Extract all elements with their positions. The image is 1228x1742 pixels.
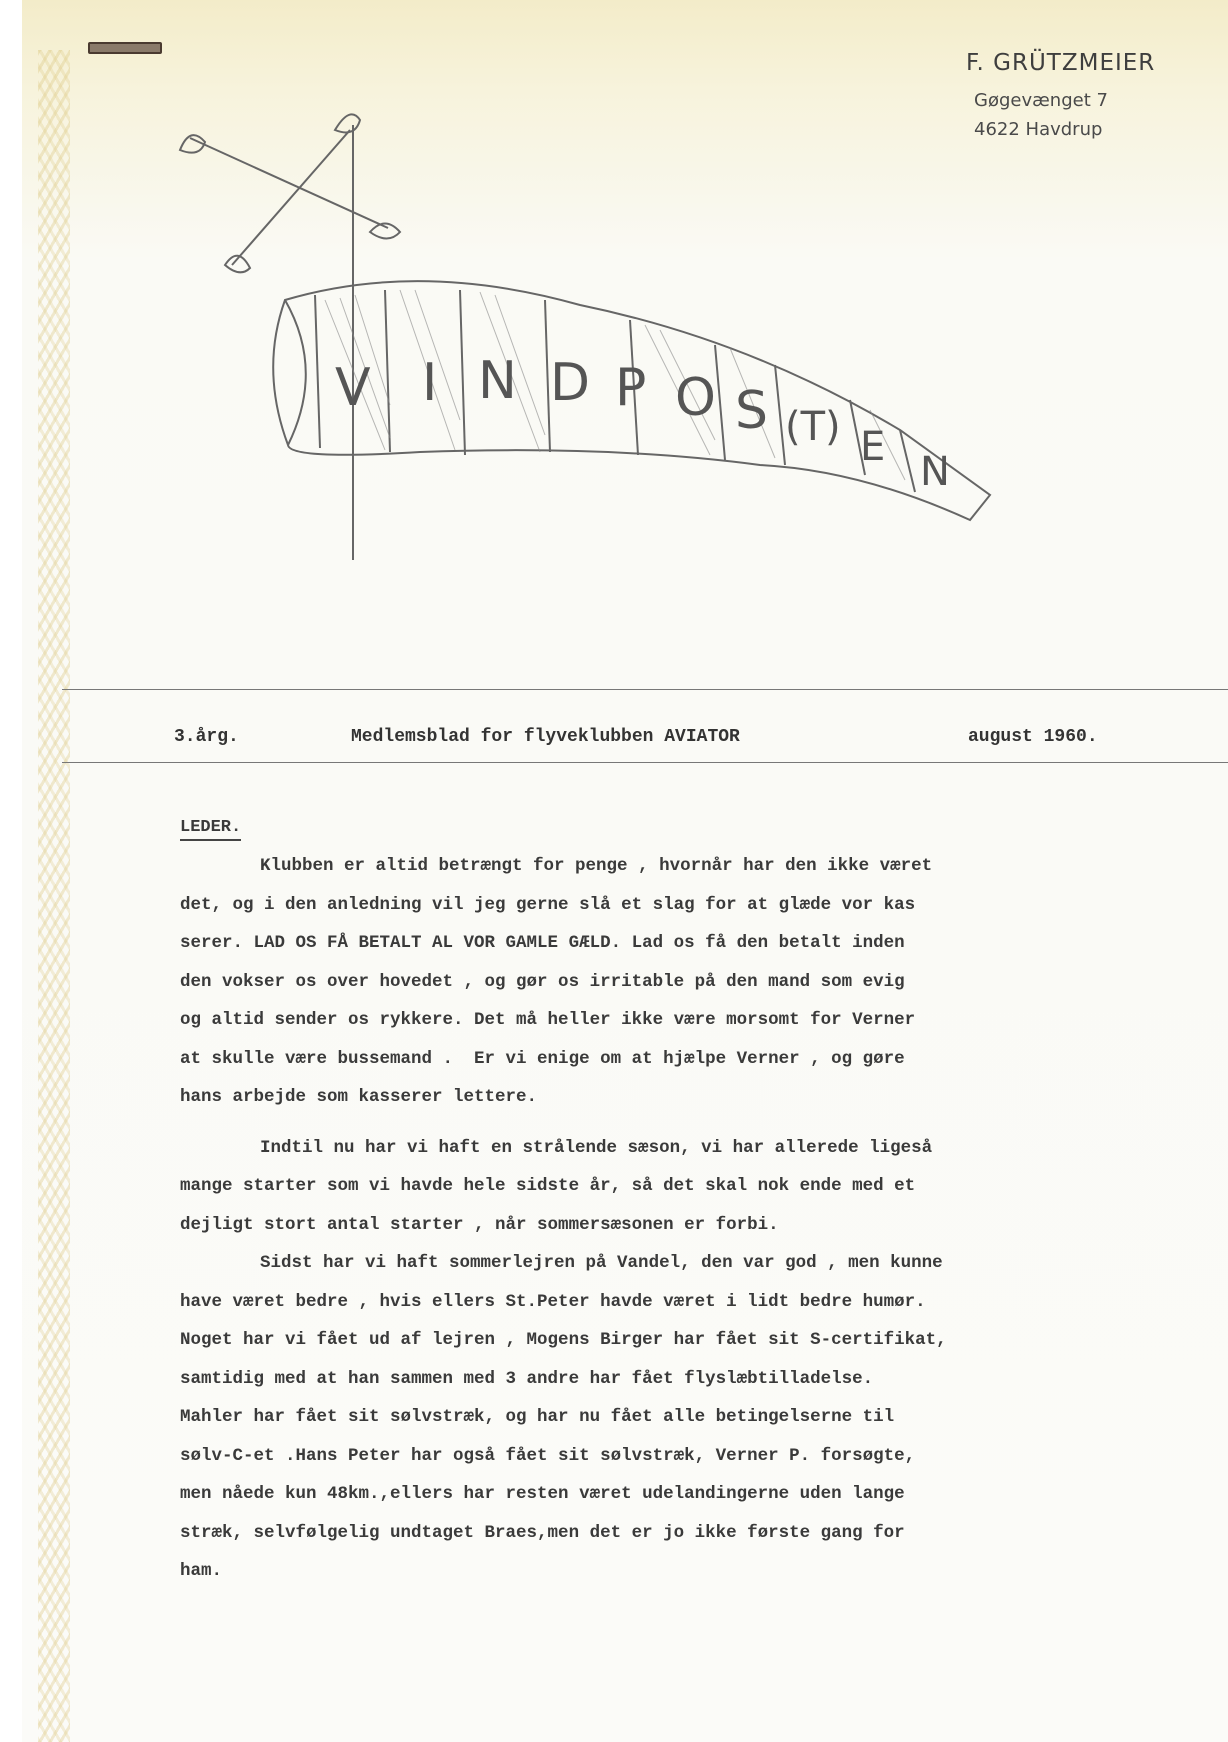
article-heading: LEDER. [180,817,241,841]
text-line: Mahler har fået sit sølvstræk, og har nu… [180,1398,1120,1437]
text-line: Sidst har vi haft sommerlejren på Vandel… [180,1244,1120,1283]
staple-icon [88,42,162,54]
svg-text:O: O [675,368,716,428]
svg-text:S: S [735,381,768,441]
masthead-bottom-rule [62,762,1228,763]
masthead-top-rule [62,689,1228,690]
svg-text:N: N [920,449,950,495]
text-line: Indtil nu har vi haft en strålende sæson… [180,1129,1120,1168]
svg-text:E: E [860,424,885,470]
masthead-date: august 1960. [968,727,1098,747]
text-line: Noget har vi fået ud af lejren , Mogens … [180,1321,1120,1360]
text-line: hans arbejde som kasserer lettere. [180,1078,1120,1117]
perforation-strip [38,50,70,1742]
paragraph-2: Indtil nu har vi haft en strålende sæson… [180,1129,1120,1245]
paragraph-3: Sidst har vi haft sommerlejren på Vandel… [180,1244,1120,1591]
text-line: den vokser os over hovedet , og gør os i… [180,963,1120,1002]
text-line: sølv-C-et .Hans Peter har også fået sit … [180,1437,1120,1476]
paragraph-1: Klubben er altid betrængt for penge , hv… [180,847,1120,1117]
svg-text:(T): (T) [785,404,841,450]
svg-text:N: N [478,351,517,411]
text-line: og altid sender os rykkere. Det må helle… [180,1001,1120,1040]
text-line: serer. LAD OS FÅ BETALT AL VOR GAMLE GÆL… [180,924,1120,963]
stamp-name: F. GRÜTZMEIER [966,50,1155,76]
text-line: det, og i den anledning vil jeg gerne sl… [180,886,1120,925]
masthead-subtitle: Medlemsblad for flyveklubben AVIATOR [351,727,740,747]
text-line: have været bedre , hvis ellers St.Peter … [180,1283,1120,1322]
svg-text:I: I [422,353,437,413]
page-left-edge [0,0,23,1742]
text-line: Klubben er altid betrængt for penge , hv… [180,847,1120,886]
text-line: dejligt stort antal starter , når sommer… [180,1206,1120,1245]
text-line: mange starter som vi havde hele sidste å… [180,1167,1120,1206]
text-line: men nåede kun 48km.,ellers har resten væ… [180,1475,1120,1514]
text-line: ham. [180,1552,1120,1591]
svg-text:P: P [615,358,646,418]
windsock-anemometer-icon: V I N D P O S (T) E N [160,100,1010,560]
svg-text:D: D [550,353,590,413]
masthead-volume: 3.årg. [174,727,239,747]
article-leder: LEDER. Klubben er altid betrængt for pen… [180,808,1120,1591]
text-line: samtidig med at han sammen med 3 andre h… [180,1360,1120,1399]
text-line: at skulle være bussemand . Er vi enige o… [180,1040,1120,1079]
masthead: 3.årg. Medlemsblad for flyveklubben AVIA… [174,727,1099,751]
text-line: stræk, selvfølgelig undtaget Braes,men d… [180,1514,1120,1553]
svg-text:V: V [335,358,371,418]
